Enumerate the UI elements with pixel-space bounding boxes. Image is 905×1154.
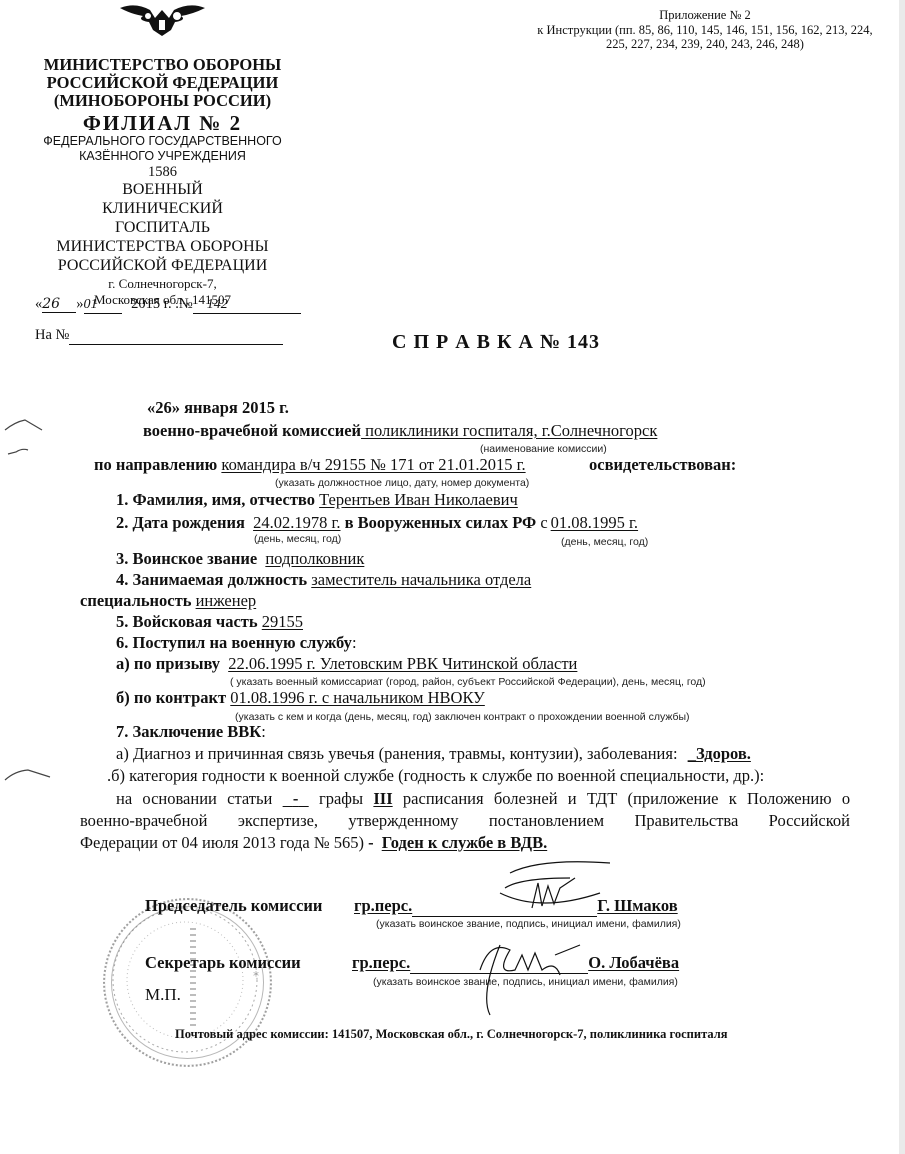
appendix-line-2: 225, 227, 234, 239, 240, 243, 246, 248): [520, 37, 890, 52]
conscription-hint: ( указать военный комиссариат (город, ра…: [230, 676, 706, 688]
commission-hint: (наименование комиссии): [480, 443, 607, 455]
specialty-value: инженер: [196, 591, 257, 610]
hospital-city: г. Солнечногорск-7,: [20, 277, 305, 293]
hospital-line-5: РОССИЙСКОЙ ФЕДЕРАЦИИ: [20, 258, 305, 277]
reference-blank: [69, 327, 283, 345]
margin-scribble-icon: [0, 765, 55, 795]
letterhead: МИНИСТЕРСТВО ОБОРОНЫ РОССИЙСКОЙ ФЕДЕРАЦИ…: [20, 57, 305, 309]
outgoing-date-number: «26»01 2015 г. .№142: [35, 296, 301, 314]
reference-label: На №: [35, 327, 69, 343]
outgoing-month: 01: [84, 297, 122, 314]
hospital-line-4: МИНИСТЕРСТВА ОБОРОНЫ: [20, 239, 305, 258]
secretary-rank: гр.перс.: [352, 953, 410, 972]
diagnosis-row: а) Диагноз и причинная связь увечья (ран…: [116, 744, 751, 764]
secretary-signature-icon: [460, 915, 590, 1025]
field-full-name: 1. Фамилия, имя, отчество Терентьев Иван…: [116, 490, 518, 510]
full-name-value: Терентьев Иван Николаевич: [319, 490, 518, 509]
direction-hint: (указать должностное лицо, дату, номер д…: [275, 477, 529, 489]
commission-label: военно-врачебной комиссией: [143, 421, 361, 440]
commission-value: поликлиники госпиталя, г.Солнечногорск: [361, 421, 657, 440]
hospital-line-2: КЛИНИЧЕСКИЙ: [20, 201, 305, 220]
birth-date-hint: (день, месяц, год): [254, 533, 341, 545]
chair-rank: гр.перс.: [354, 896, 412, 915]
basis-article: -: [293, 789, 299, 808]
seal-place-label: М.П.: [145, 985, 181, 1005]
appendix-reference: Приложение № 2 к Инструкции (пп. 85, 86,…: [520, 8, 890, 52]
margin-scribble-icon: [0, 410, 50, 460]
secretary-name: О. Лобачёва: [588, 953, 679, 972]
examined-label: освидетельствован:: [589, 455, 736, 475]
position-value: заместитель начальника отдела: [311, 570, 531, 589]
appendix-line-1: к Инструкции (пп. 85, 86, 110, 145, 146,…: [520, 23, 890, 38]
reference-number: На №: [35, 327, 283, 345]
direction-value: командира в/ч 29155 № 171 от 21.01.2015 …: [221, 455, 525, 474]
military-unit-value: 29155: [262, 612, 303, 631]
field-rank: 3. Воинское звание подполковник: [116, 549, 364, 569]
conscription-value: 22.06.1995 г. Улетовским РВК Читинской о…: [228, 654, 577, 673]
contract-hint: (указать с кем и когда (день, месяц, год…: [235, 711, 690, 723]
direction-row: по направлению командира в/ч 29155 № 171…: [94, 455, 526, 475]
field-birth-date: 2. Дата рождения 24.02.1978 г. в Вооруже…: [116, 513, 638, 533]
diagnosis-value: _Здоров.: [688, 744, 751, 763]
service-start-value: 01.08.1995 г.: [551, 513, 638, 532]
exam-date: «26» января 2015 г.: [147, 398, 289, 418]
outgoing-year: 2015 г. .№: [131, 296, 193, 312]
outgoing-number: 142: [193, 297, 301, 314]
service-start-hint: (день, месяц, год): [561, 536, 648, 548]
outgoing-day: 26: [42, 296, 76, 313]
hospital-line-1: ВОЕННЫЙ: [20, 182, 305, 201]
ministry-line-3: (МИНОБОРОНЫ РОССИИ): [20, 93, 305, 113]
basis-column: III: [373, 789, 392, 808]
appendix-title: Приложение № 2: [520, 8, 890, 23]
scan-edge: [899, 0, 905, 1154]
chair-label: Председатель комиссии: [145, 896, 322, 916]
secretary-label: Секретарь комиссии: [145, 953, 301, 973]
hospital-number: 1586: [20, 165, 305, 182]
field-specialty: специальность инженер: [80, 591, 256, 611]
contract-value: 01.08.1996 г. с начальником НВОКУ: [230, 688, 485, 707]
field-military-unit: 5. Войсковая часть 29155: [116, 612, 303, 632]
fgku-line-2: КАЗЁННОГО УЧРЕЖДЕНИЯ: [20, 150, 305, 165]
branch-title: ФИЛИАЛ № 2: [20, 113, 305, 135]
double-headed-eagle-emblem-icon: [115, 0, 210, 38]
field-enlistment: 6. Поступил на военную службу:: [116, 633, 357, 653]
chair-signature-icon: [480, 848, 630, 923]
field-contract: б) по контракт 01.08.1996 г. с начальник…: [116, 688, 485, 708]
rank-value: подполковник: [265, 549, 364, 568]
fgku-line-1: ФЕДЕРАЛЬНОГО ГОСУДАРСТВЕННОГО: [20, 135, 305, 150]
field-conclusion: 7. Заключение ВВК:: [116, 722, 266, 742]
direction-label: по направлению: [94, 455, 217, 474]
commission-row: военно-врачебной комиссией поликлиники г…: [143, 421, 657, 441]
postal-address: Почтовый адрес комиссии: 141507, Московс…: [175, 1027, 728, 1042]
field-conscription: а) по призыву 22.06.1995 г. Улетовским Р…: [116, 654, 577, 674]
field-position: 4. Занимаемая должность заместитель нача…: [116, 570, 531, 590]
hospital-line-3: ГОСПИТАЛЬ: [20, 220, 305, 239]
fitness-category-row: .б) категория годности к военной службе …: [107, 766, 764, 786]
basis-paragraph: на основании статьи - графы III расписан…: [80, 788, 850, 854]
birth-date-value: 24.02.1978 г.: [253, 513, 340, 532]
certificate-title: С П Р А В К А № 143: [392, 331, 600, 354]
